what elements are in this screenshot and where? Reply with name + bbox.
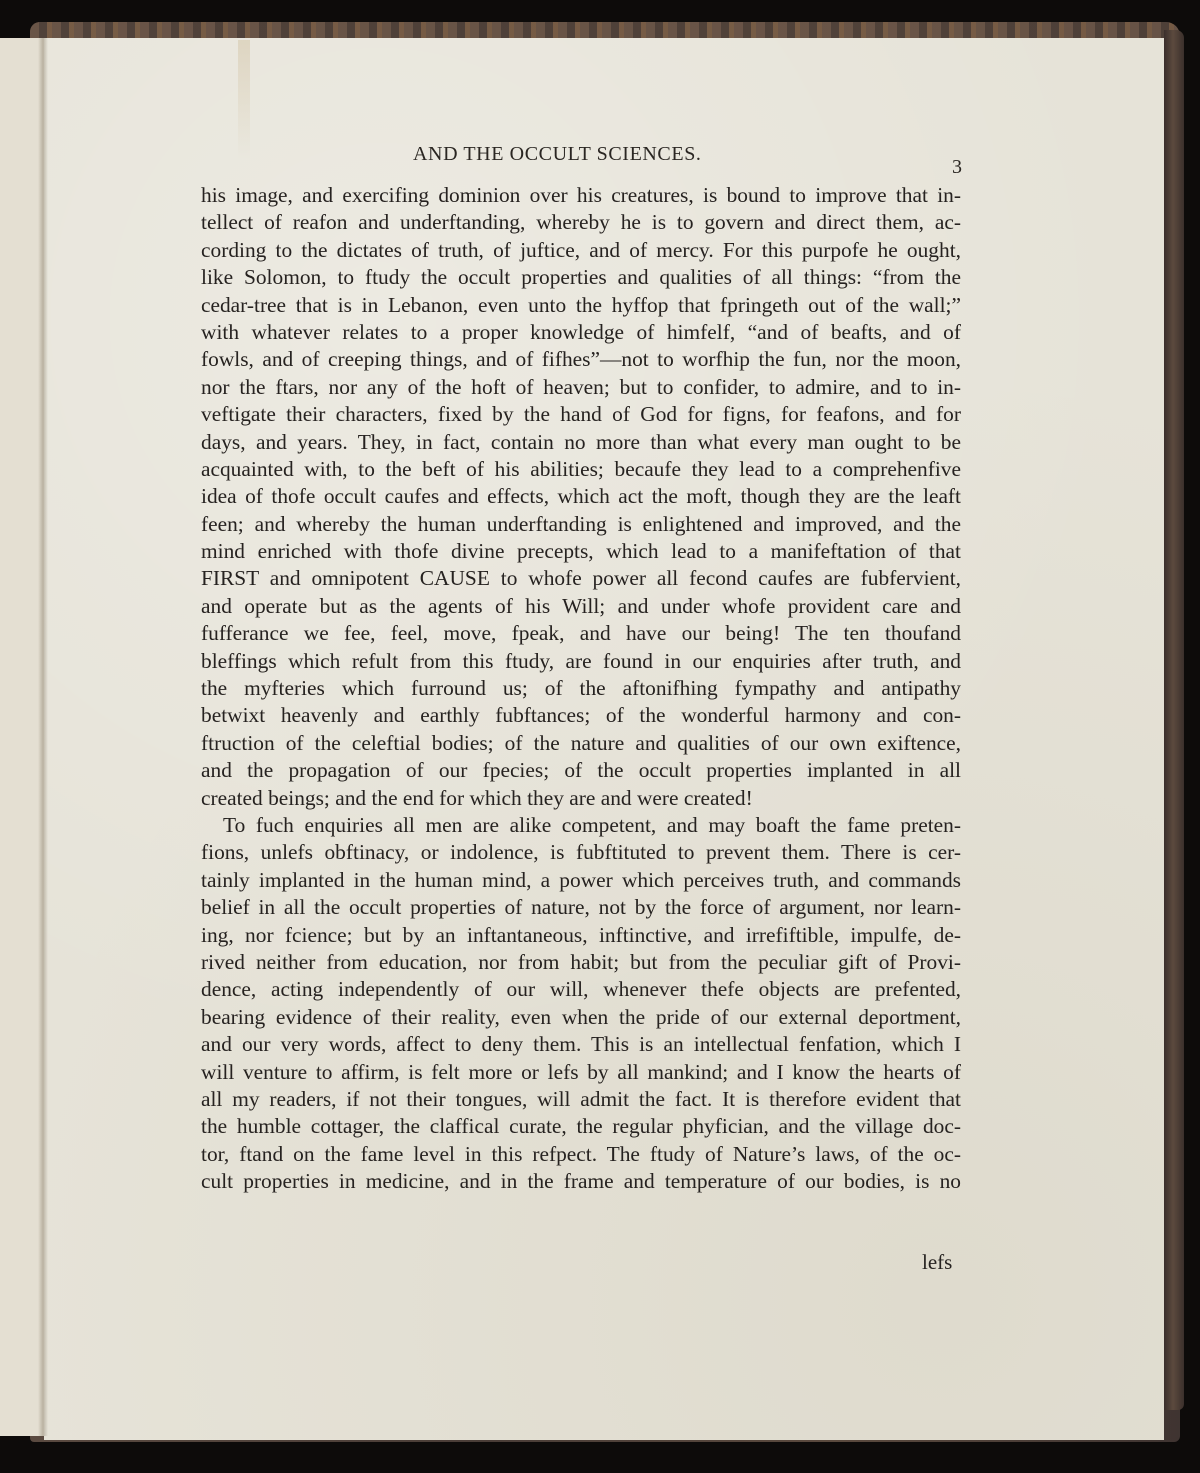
text-line: and our very words, affect to deny them.… bbox=[201, 1031, 961, 1058]
text-line: cording to the dictates of truth, of juf… bbox=[201, 237, 961, 264]
text-line: his image, and exercifing dominion over … bbox=[201, 182, 961, 209]
text-line: ftruction of the celeftial bodies; of th… bbox=[201, 730, 961, 757]
text-line: tor, ftand on the fame level in this ref… bbox=[201, 1141, 961, 1168]
text-line: cult properties in medicine, and in the … bbox=[201, 1168, 961, 1195]
spine-fold bbox=[38, 38, 48, 1436]
text-line: veftigate their characters, fixed by the… bbox=[201, 401, 961, 428]
text-line: and the propagation of our fpecies; of t… bbox=[201, 757, 961, 784]
text-line: with whatever relates to a proper knowle… bbox=[201, 319, 961, 346]
paragraph-start-line: To fuch enquiries all men are alike comp… bbox=[201, 812, 961, 839]
text-line: fowls, and of creeping things, and of fi… bbox=[201, 346, 961, 373]
text-line: all my readers, if not their tongues, wi… bbox=[201, 1086, 961, 1113]
text-line: bearing evidence of their reality, even … bbox=[201, 1004, 961, 1031]
text-line: tainly implanted in the human mind, a po… bbox=[201, 867, 961, 894]
text-line: idea of thofe occult caufes and effects,… bbox=[201, 483, 961, 510]
text-line: dence, acting independently of our will,… bbox=[201, 976, 961, 1003]
text-line: mind enriched with thofe divine precepts… bbox=[201, 538, 961, 565]
text-line: days, and years. They, in fact, contain … bbox=[201, 429, 961, 456]
catchword: lefs bbox=[922, 1250, 952, 1275]
text-line: feen; and whereby the human underftandin… bbox=[201, 511, 961, 538]
text-line: the humble cottager, the claffical curat… bbox=[201, 1113, 961, 1140]
text-line: fions, unlefs obftinacy, or indolence, i… bbox=[201, 839, 961, 866]
text-line: tellect of reafon and underftanding, whe… bbox=[201, 209, 961, 236]
paper-stain bbox=[238, 40, 250, 160]
text-line: acquainted with, to the beft of his abil… bbox=[201, 456, 961, 483]
text-line: the myfteries which furround us; of the … bbox=[201, 675, 961, 702]
text-line: cedar-tree that is in Lebanon, even unto… bbox=[201, 292, 961, 319]
text-line: like Solomon, to ftudy the occult proper… bbox=[201, 264, 961, 291]
text-line: and operate but as the agents of his Wil… bbox=[201, 593, 961, 620]
text-line: created beings; and the end for which th… bbox=[201, 785, 961, 812]
text-line: FIRST and omnipotent CAUSE to whofe powe… bbox=[201, 565, 961, 592]
text-line: bleffings which refult from this ftudy, … bbox=[201, 648, 961, 675]
text-line: fufferance we fee, feel, move, fpeak, an… bbox=[201, 620, 961, 647]
text-line: belief in all the occult properties of n… bbox=[201, 894, 961, 921]
text-line: rived neither from education, nor from h… bbox=[201, 949, 961, 976]
book-fore-edge bbox=[1164, 30, 1184, 1410]
text-line: will venture to affirm, is felt more or … bbox=[201, 1059, 961, 1086]
running-head: AND THE OCCULT SCIENCES. bbox=[413, 143, 702, 166]
page-number: 3 bbox=[952, 156, 962, 179]
text-line: nor the ftars, nor any of the hoft of he… bbox=[201, 374, 961, 401]
body-text: his image, and exercifing dominion over … bbox=[201, 182, 961, 1195]
text-line: ing, nor fcience; but by an inftantaneou… bbox=[201, 922, 961, 949]
text-line: betwixt heavenly and earthly fubftances;… bbox=[201, 702, 961, 729]
